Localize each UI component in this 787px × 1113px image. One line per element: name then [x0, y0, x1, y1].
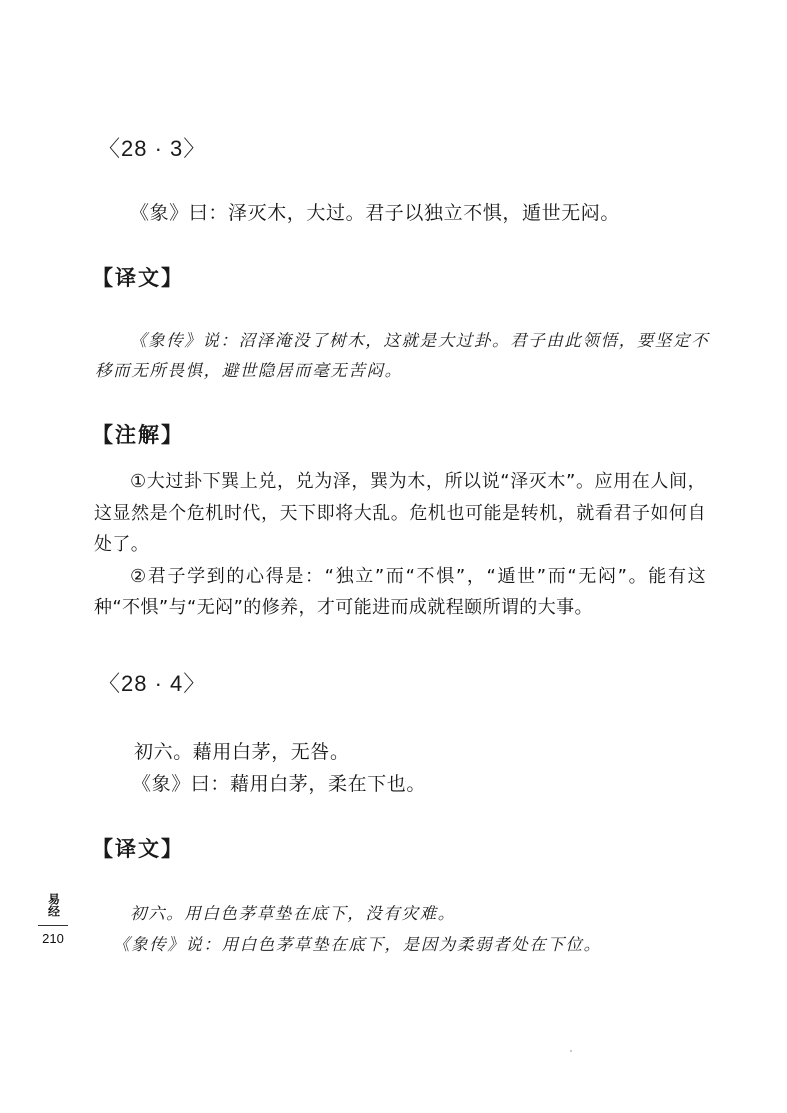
translation-line: 《象传》说：沼泽淹没了树木，这就是大过卦。君子由此领悟，要坚定不 [130, 327, 709, 351]
notes-heading: 【注解】 [92, 419, 184, 449]
note-paragraph-2: ②君子学到的心得是：“独立”而“不惧”，“遁世”而“无闷”。能有这种“不惧”与“… [94, 561, 706, 624]
translation-line: 移而无所畏惧，避世隐居而毫无苦闷。 [95, 357, 403, 381]
translation-heading: 【译文】 [92, 262, 184, 292]
page-marker: 易经 210 [36, 893, 70, 946]
book-title-vertical: 易经 [36, 893, 70, 920]
translation-line: 《象传》说：用白色茅草垫在底下，是因为柔弱者处在下位。 [113, 931, 602, 955]
note-paragraph-1: ①大过卦下巽上兑，兑为泽，巽为木，所以说“泽灭木”。应用在人间，这显然是个危机时… [94, 466, 706, 561]
classic-text-line: 《象》曰：泽灭木，大过。君子以独立不惧，遁世无闷。 [130, 198, 620, 225]
classic-text-line: 初六。藉用白茅，无咎。 [134, 737, 350, 764]
translation-heading: 【译文】 [92, 833, 184, 863]
section-heading-28-3: 〈28 · 3〉 [98, 132, 206, 163]
scan-speck [570, 1050, 572, 1052]
translation-line: 初六。用白色茅草垫在底下，没有灾难。 [130, 900, 456, 924]
notes-block: ①大过卦下巽上兑，兑为泽，巽为木，所以说“泽灭木”。应用在人间，这显然是个危机时… [94, 466, 706, 624]
page-number: 210 [36, 931, 70, 946]
page-rule-divider [38, 925, 68, 926]
section-heading-28-4: 〈28 · 4〉 [98, 667, 206, 698]
classic-text-line: 《象》曰：藉用白茅，柔在下也。 [132, 769, 426, 796]
